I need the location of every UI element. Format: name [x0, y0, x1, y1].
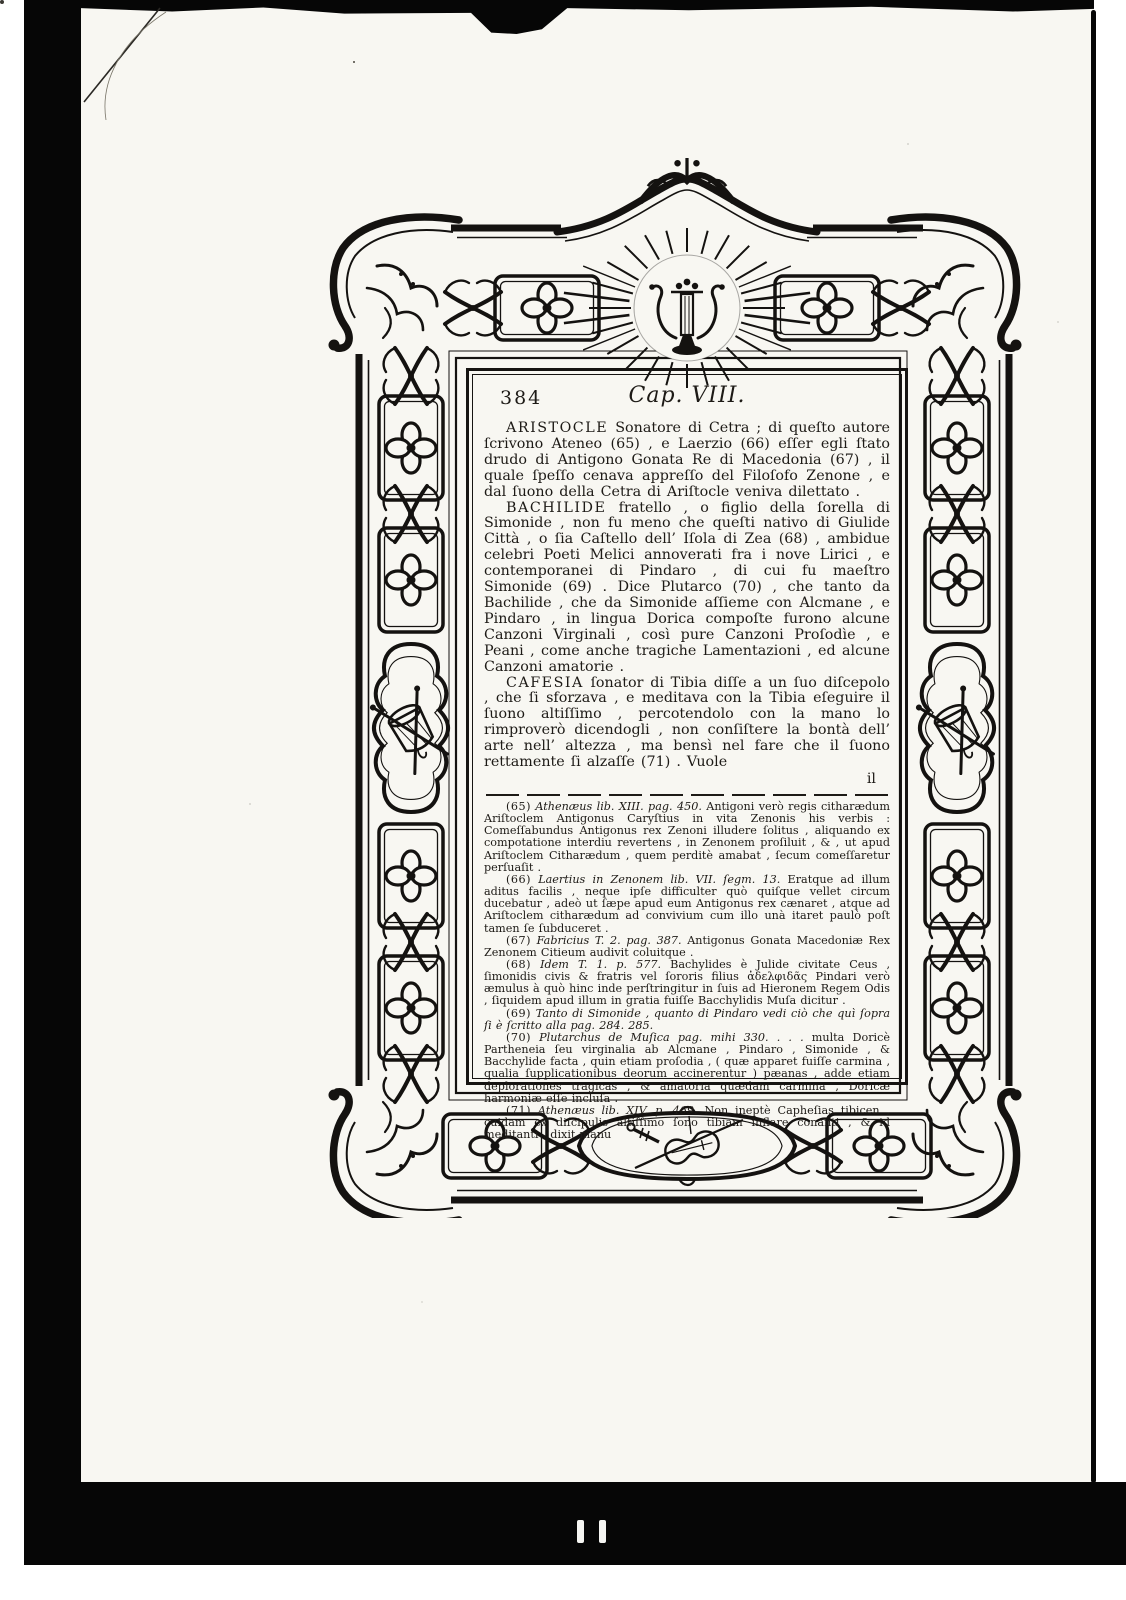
chapter-heading: Cap. VIII.: [629, 383, 746, 408]
paragraph-aristocle: ARISTOCLE Sonatore di Cetra ; di queſto …: [484, 421, 890, 501]
footnote-66: (66) Laertius in Zenonem lib. VII. ſegm.…: [484, 874, 890, 935]
footnote-citation: Idem T. 1. p. 577.: [540, 958, 661, 971]
registration-tick: [599, 1520, 606, 1543]
footnote-number: (66): [506, 873, 531, 886]
footnote-separator-rule: [486, 794, 888, 796]
corner-crease-mark: [60, 0, 280, 160]
corner-top-left: [329, 217, 460, 350]
catchword: il: [484, 771, 890, 787]
sunburst-lyre-medallion: [564, 228, 810, 388]
book-gutter-line: [1091, 10, 1096, 1483]
footnote-number: (69): [506, 1007, 531, 1020]
paragraph-lead: BACHILIDE: [506, 500, 606, 516]
footnote-71: (71) Athenæus lib. XIV. p. 469. Non inep…: [484, 1105, 890, 1141]
paper-specks: [0, 0, 4, 4]
footnote-number: (68): [506, 958, 531, 971]
footnote-68: (68) Idem T. 1. p. 577. Bachylides è Jul…: [484, 959, 890, 1008]
paragraph-lead: ARISTOCLE: [506, 420, 608, 436]
text-panel: 384 Cap. VIII. ARISTOCLE Sonatore di Cet…: [466, 368, 908, 1085]
footnote-citation: Athenæus lib. XIV. p. 469.: [538, 1104, 698, 1117]
page-header: 384 Cap. VIII.: [484, 383, 890, 415]
footnote-citation: Tanto di Simonide , quanto di Pindaro ve…: [484, 1007, 890, 1032]
paragraph-bachilide: BACHILIDE fratello , o figlio della ſore…: [484, 501, 890, 676]
scan-black-bottom-bar: [24, 1482, 1126, 1565]
footnote-number: (67): [506, 934, 531, 947]
scanned-book-page: { "colors": { "ink": "#141210", "paper":…: [0, 0, 1126, 1600]
footnote-69: (69) Tanto di Simonide , quanto di Pinda…: [484, 1008, 890, 1032]
scan-black-left-bar: [24, 0, 81, 1565]
footnote-70: (70) Plutarchus de Muſica pag. mihi 330.…: [484, 1032, 890, 1105]
registration-tick: [577, 1520, 584, 1543]
footnote-citation: Plutarchus de Muſica pag. mihi 330. . . …: [539, 1031, 804, 1044]
paragraph-lead: CAFESIA: [506, 675, 584, 691]
footnote-number: (65): [506, 800, 531, 813]
page-number: 384: [500, 387, 542, 409]
footnote-67: (67) Fabricius T. 2. pag. 387. Antigonus…: [484, 935, 890, 959]
footnote-65: (65) Athenæus lib. XIII. pag. 450. Antig…: [484, 801, 890, 874]
corner-bottom-left: [329, 1090, 460, 1219]
footnote-number: (70): [506, 1031, 531, 1044]
footnote-citation: Fabricius T. 2. pag. 387.: [537, 934, 682, 947]
paragraph-text: fratello , o figlio della ſorella di Sim…: [484, 500, 890, 675]
paragraph-cafesia: CAFESIA ſonator di Tibia diſſe a un ſuo …: [484, 676, 890, 771]
footnote-citation: Athenæus lib. XIII. pag. 450.: [535, 800, 702, 813]
footnote-citation: Laertius in Zenonem lib. VII. ſegm. 13.: [538, 873, 780, 886]
footnote-number: (71): [506, 1104, 531, 1117]
